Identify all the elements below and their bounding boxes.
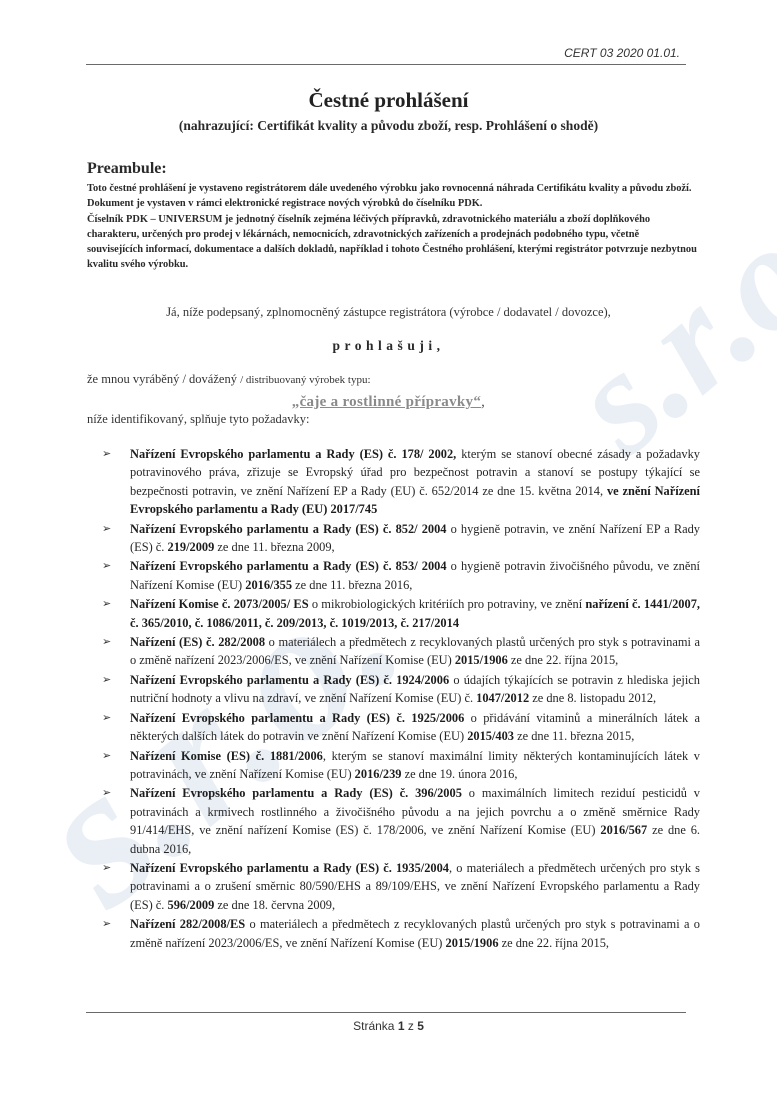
arrow-bullet-icon: ➢ <box>102 595 111 613</box>
page-label: Stránka <box>353 1019 394 1033</box>
regulation-title: Nařízení Evropského parlamentu a Rady (E… <box>130 711 464 725</box>
product-line: že mnou vyráběný / dovážený / distribuov… <box>87 372 371 387</box>
requirement-item: ➢Nařízení Komise č. 2073/2005/ ES o mikr… <box>100 595 700 632</box>
requirement-item: ➢Nařízení 282/2008/ES o materiálech a př… <box>100 915 700 952</box>
product-type-value: „čaje a rostlinné přípravky“ <box>292 394 481 410</box>
requirement-item: ➢Nařízení Evropského parlamentu a Rady (… <box>100 671 700 708</box>
regulation-text: ze dne 8. listopadu 2012, <box>529 691 656 705</box>
requirements-intro: níže identifikovaný, splňuje tyto požada… <box>87 412 310 427</box>
regulation-amendment: 2015/403 <box>467 729 514 743</box>
page-subtitle: (nahrazující: Certifikát kvality a původ… <box>0 118 777 134</box>
page-current: 1 <box>398 1019 405 1033</box>
arrow-bullet-icon: ➢ <box>102 671 111 689</box>
regulation-title: Nařízení (ES) č. 282/2008 <box>130 635 265 649</box>
regulation-text: ze dne 18. června 2009, <box>214 898 335 912</box>
regulation-amendment: 1047/2012 <box>476 691 529 705</box>
preamble-paragraph: Toto čestné prohlášení je vystaveno regi… <box>87 181 697 196</box>
requirements-list: ➢Nařízení Evropského parlamentu a Rady (… <box>100 445 700 953</box>
page-title: Čestné prohlášení <box>0 88 777 113</box>
regulation-title: Nařízení Evropského parlamentu a Rady (E… <box>130 673 449 687</box>
regulation-text: ze dne 22. října 2015, <box>508 653 618 667</box>
preamble-paragraph: Dokument je vystaven v rámci elektronick… <box>87 196 697 211</box>
requirement-item: ➢Nařízení Evropského parlamentu a Rady (… <box>100 709 700 746</box>
regulation-title: Nařízení Evropského parlamentu a Rady (E… <box>130 522 447 536</box>
declaration-verb: prohlašuji, <box>0 338 777 354</box>
product-type: „čaje a rostlinné přípravky“, <box>0 394 777 411</box>
document-code: CERT 03 2020 01.01. <box>564 46 680 60</box>
regulation-text: ze dne 11. března 2016, <box>292 578 412 592</box>
requirement-item: ➢Nařízení Komise (ES) č. 1881/2006, kter… <box>100 747 700 784</box>
product-type-suffix: , <box>481 394 485 410</box>
regulation-amendment: 219/2009 <box>168 540 215 554</box>
page-separator: z <box>408 1019 414 1033</box>
regulation-title: Nařízení Komise č. 2073/2005/ ES <box>130 597 309 611</box>
requirement-item: ➢Nařízení Evropského parlamentu a Rady (… <box>100 520 700 557</box>
arrow-bullet-icon: ➢ <box>102 557 111 575</box>
regulation-title: Nařízení 282/2008/ES <box>130 917 245 931</box>
product-line-small: / distribuovaný výrobek typu: <box>240 374 370 386</box>
arrow-bullet-icon: ➢ <box>102 709 111 727</box>
regulation-title: Nařízení Evropského parlamentu a Rady (E… <box>130 559 447 573</box>
regulation-title: Nařízení Evropského parlamentu a Rady (E… <box>130 447 456 461</box>
arrow-bullet-icon: ➢ <box>102 520 111 538</box>
regulation-text: ze dne 11. března 2015, <box>514 729 634 743</box>
footer-divider <box>86 1012 686 1013</box>
regulation-amendment: 2015/1906 <box>455 653 508 667</box>
preamble-heading: Preambule: <box>87 160 167 178</box>
arrow-bullet-icon: ➢ <box>102 747 111 765</box>
arrow-bullet-icon: ➢ <box>102 784 111 802</box>
regulation-text: o mikrobiologických kritériích pro potra… <box>309 597 586 611</box>
page-header: CERT 03 2020 01.01. <box>86 38 686 65</box>
regulation-title: Nařízení Evropského parlamentu a Rady (E… <box>130 861 449 875</box>
requirement-item: ➢Nařízení Evropského parlamentu a Rady (… <box>100 445 700 519</box>
arrow-bullet-icon: ➢ <box>102 859 111 877</box>
preamble-text: Toto čestné prohlášení je vystaveno regi… <box>87 181 697 273</box>
regulation-text: ze dne 22. října 2015, <box>499 936 609 950</box>
page-total: 5 <box>417 1019 424 1033</box>
requirement-item: ➢Nařízení Evropského parlamentu a Rady (… <box>100 859 700 914</box>
regulation-amendment: 2016/239 <box>355 767 402 781</box>
page-number: Stránka 1 z 5 <box>0 1019 777 1033</box>
product-line-main: že mnou vyráběný / dovážený <box>87 372 240 386</box>
regulation-amendment: 2016/567 <box>600 823 647 837</box>
requirement-item: ➢Nařízení Evropského parlamentu a Rady (… <box>100 784 700 858</box>
arrow-bullet-icon: ➢ <box>102 633 111 651</box>
declaration-intro: Já, níže podepsaný, zplnomocněný zástupc… <box>0 305 777 320</box>
requirement-item: ➢Nařízení Evropského parlamentu a Rady (… <box>100 557 700 594</box>
regulation-amendment: 2016/355 <box>245 578 292 592</box>
arrow-bullet-icon: ➢ <box>102 915 111 933</box>
regulation-text: ze dne 11. března 2009, <box>214 540 334 554</box>
regulation-title: Nařízení Komise (ES) č. 1881/2006 <box>130 749 323 763</box>
arrow-bullet-icon: ➢ <box>102 445 111 463</box>
regulation-amendment: 596/2009 <box>168 898 215 912</box>
regulation-amendment: 2015/1906 <box>446 936 499 950</box>
requirement-item: ➢Nařízení (ES) č. 282/2008 o materiálech… <box>100 633 700 670</box>
regulation-title: Nařízení Evropského parlamentu a Rady (E… <box>130 786 462 800</box>
preamble-paragraph: Číselník PDK – UNIVERSUM je jednotný čís… <box>87 212 697 273</box>
regulation-text: ze dne 19. února 2016, <box>401 767 517 781</box>
